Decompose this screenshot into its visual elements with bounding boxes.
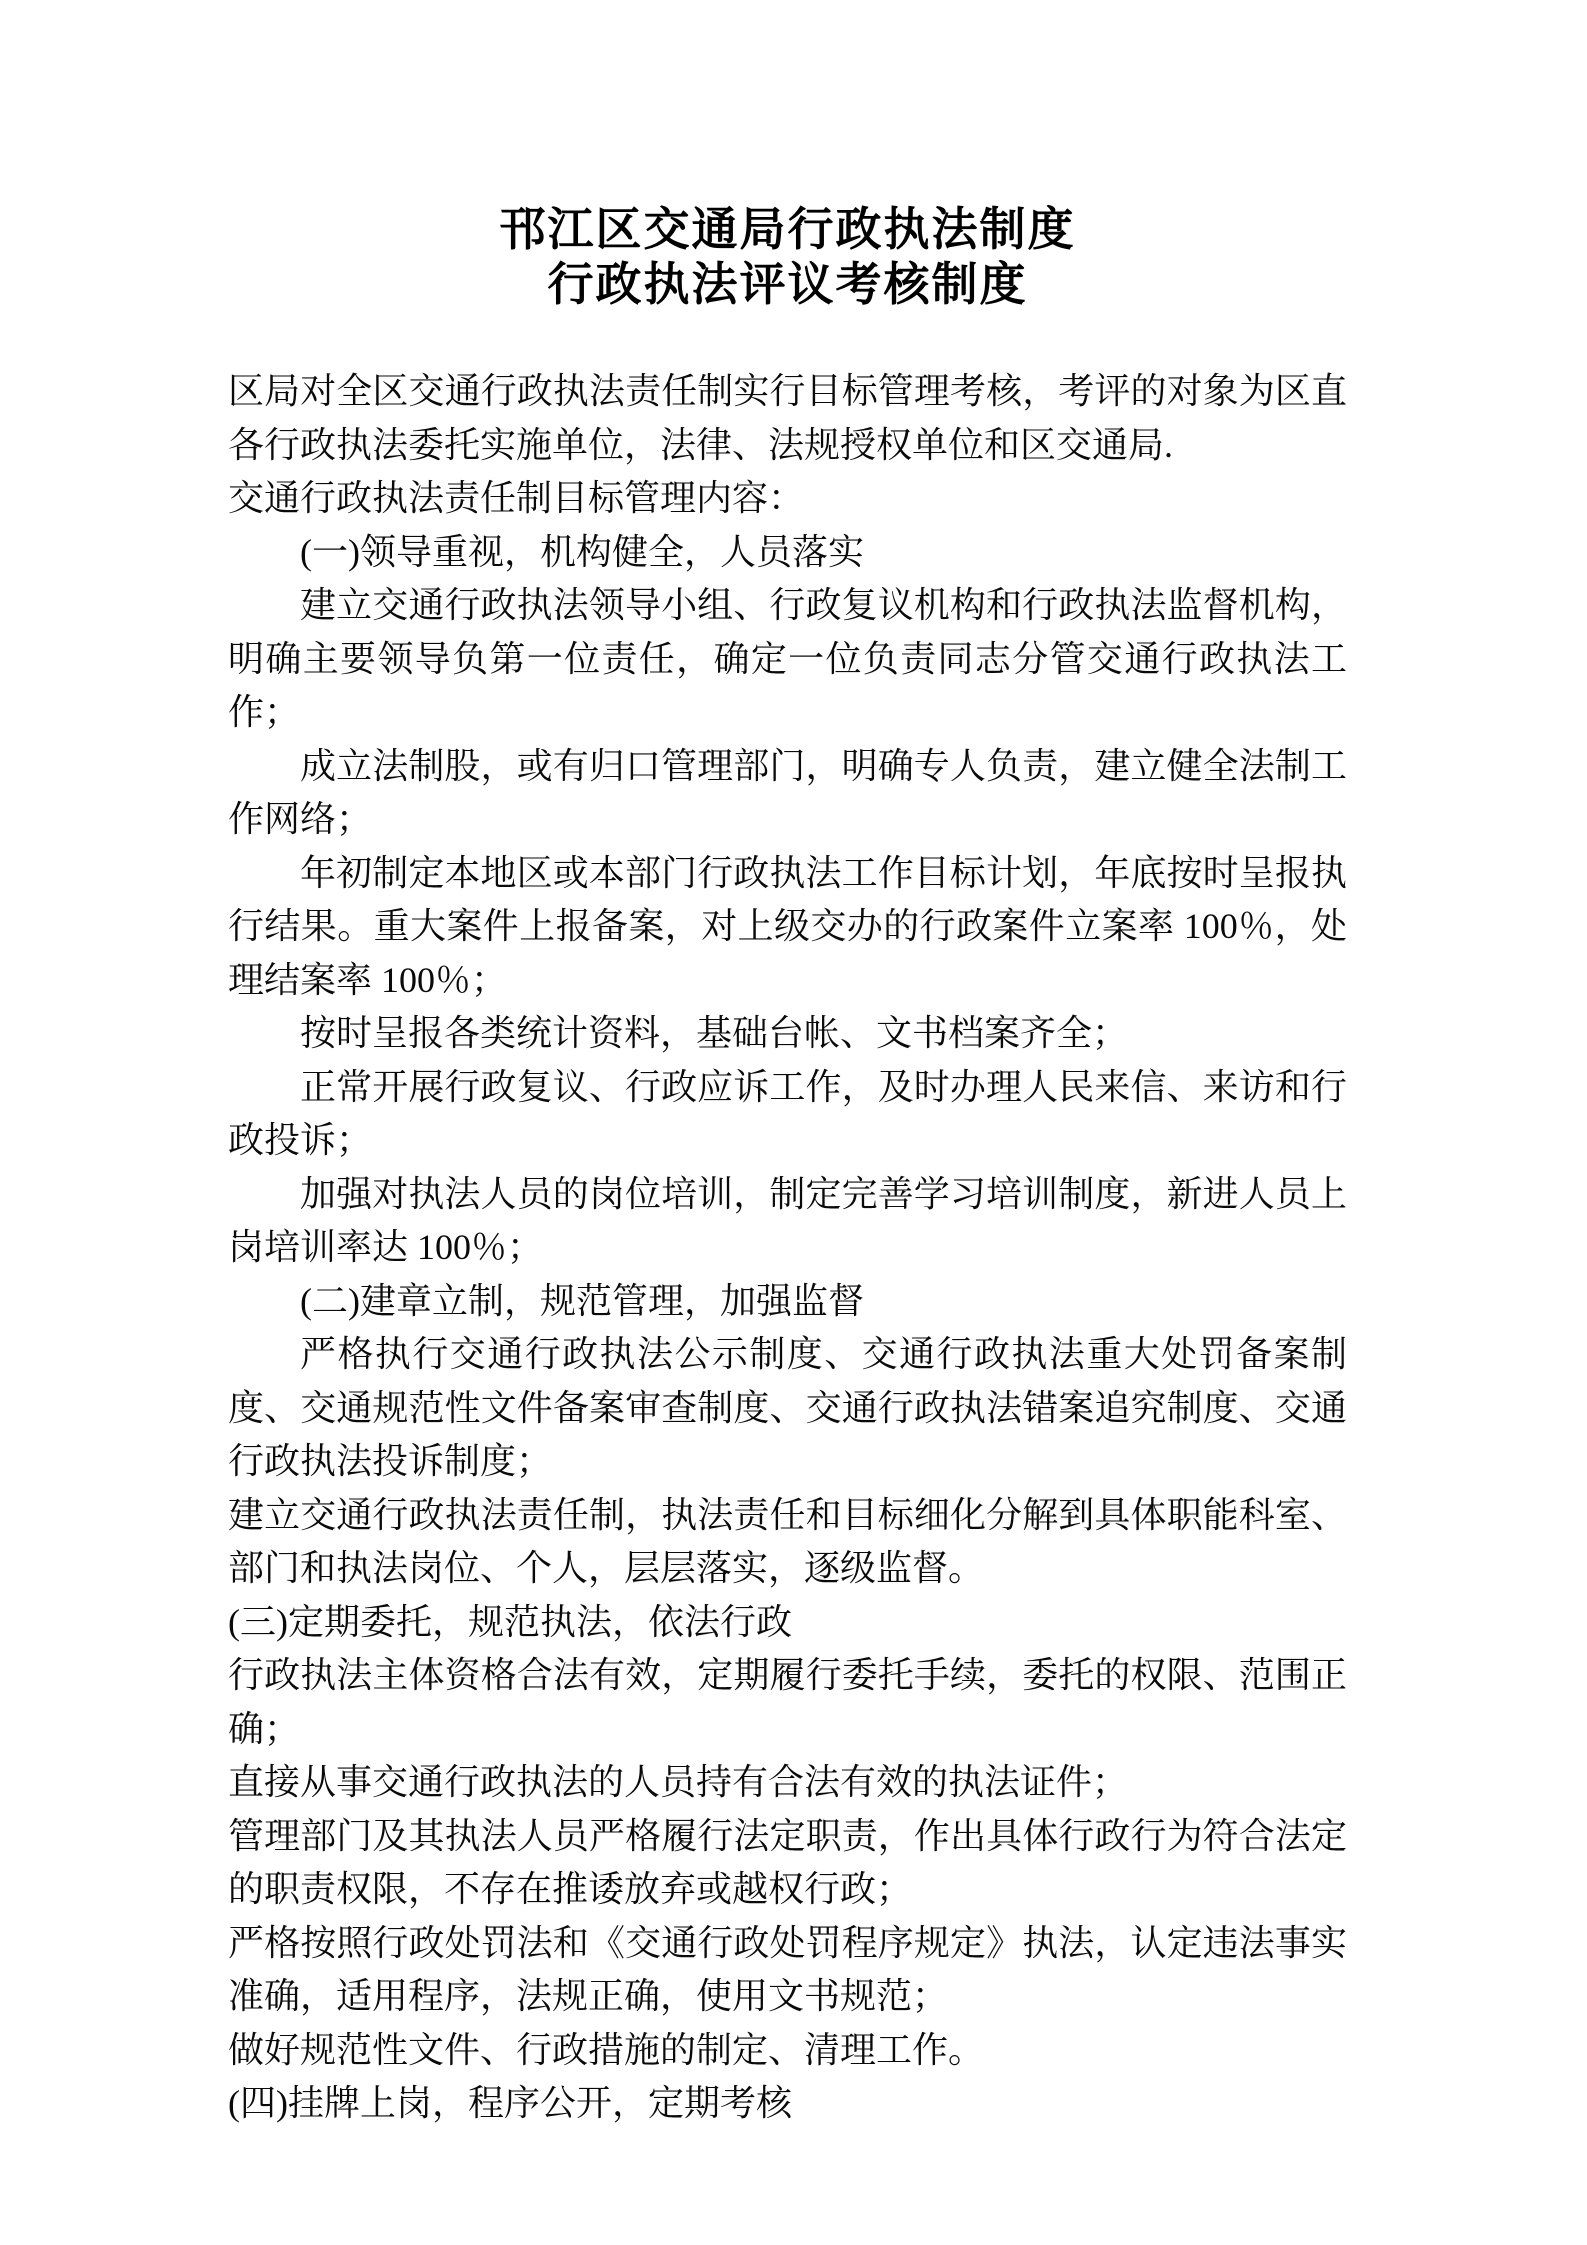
paragraph: 正常开展行政复议、行政应诉工作，及时办理人民来信、来访和行政投诉；	[228, 1061, 1347, 1168]
paragraph: 直接从事交通行政执法的人员持有合法有效的执法证件；	[228, 1756, 1347, 1810]
paragraph: 年初制定本地区或本部门行政执法工作目标计划，年底按时呈报执行结果。重大案件上报备…	[228, 847, 1347, 1008]
paragraph: (二)建章立制，规范管理，加强监督	[228, 1275, 1347, 1329]
document-body: 区局对全区交通行政执法责任制实行目标管理考核，考评的对象为区直各行政执法委托实施…	[228, 365, 1347, 2131]
document-page: 邗江区交通局行政执法制度 行政执法评议考核制度 区局对全区交通行政执法责任制实行…	[0, 0, 1587, 2245]
paragraph: 做好规范性文件、行政措施的制定、清理工作。	[228, 2024, 1347, 2078]
paragraph: (一)领导重视，机构健全，人员落实	[228, 526, 1347, 580]
paragraph: (四)挂牌上岗，程序公开，定期考核	[228, 2077, 1347, 2131]
paragraph: 严格按照行政处罚法和《交通行政处罚程序规定》执法，认定违法事实准确，适用程序，法…	[228, 1917, 1347, 2024]
paragraph: 交通行政执法责任制目标管理内容：	[228, 472, 1347, 526]
paragraph: 成立法制股，或有归口管理部门，明确专人负责，建立健全法制工作网络；	[228, 740, 1347, 847]
document-title-line-2: 行政执法评议考核制度	[228, 257, 1347, 312]
paragraph: 加强对执法人员的岗位培训，制定完善学习培训制度，新进人员上岗培训率达 100％；	[228, 1168, 1347, 1275]
document-title-line-1: 邗江区交通局行政执法制度	[228, 202, 1347, 257]
paragraph: (三)定期委托，规范执法，依法行政	[228, 1596, 1347, 1650]
document-title: 邗江区交通局行政执法制度 行政执法评议考核制度	[228, 202, 1347, 312]
paragraph: 严格执行交通行政执法公示制度、交通行政执法重大处罚备案制度、交通规范性文件备案审…	[228, 1328, 1347, 1489]
paragraph: 管理部门及其执法人员严格履行法定职责，作出具体行政行为符合法定的职责权限，不存在…	[228, 1810, 1347, 1917]
paragraph: 建立交通行政执法责任制，执法责任和目标细化分解到具体职能科室、部门和执法岗位、个…	[228, 1489, 1347, 1596]
paragraph: 建立交通行政执法领导小组、行政复议机构和行政执法监督机构，明确主要领导负第一位责…	[228, 579, 1347, 740]
paragraph: 行政执法主体资格合法有效，定期履行委托手续，委托的权限、范围正确；	[228, 1649, 1347, 1756]
paragraph: 按时呈报各类统计资料，基础台帐、文书档案齐全；	[228, 1007, 1347, 1061]
paragraph: 区局对全区交通行政执法责任制实行目标管理考核，考评的对象为区直各行政执法委托实施…	[228, 365, 1347, 472]
